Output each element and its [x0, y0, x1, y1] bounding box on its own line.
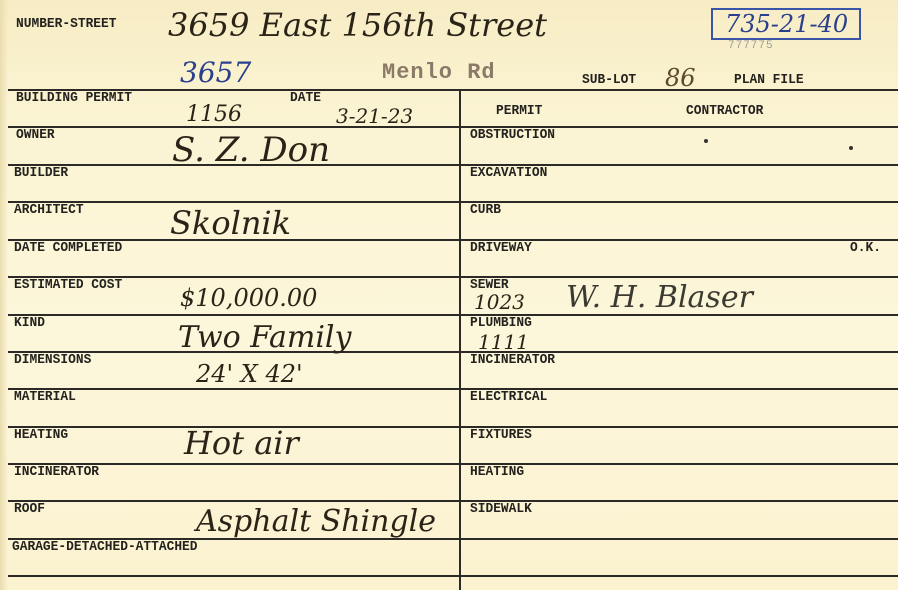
- sewer-permit: 1023: [474, 290, 525, 314]
- rule-line: [8, 314, 898, 316]
- curb-label: CURB: [470, 202, 501, 218]
- permit-card: NUMBER-STREET 3659 East 156th Street 365…: [0, 0, 898, 590]
- number-street-label: NUMBER-STREET: [16, 16, 116, 32]
- contractor-column-header: CONTRACTOR: [686, 103, 763, 119]
- kind-value: Two Family: [178, 320, 351, 355]
- parcel-number: 735-21-40: [725, 10, 848, 38]
- rule-line: [8, 463, 898, 465]
- rule-line: [8, 201, 898, 203]
- sidewalk-label: SIDEWALK: [470, 501, 532, 517]
- number-street-value: 3659 East 156th Street: [168, 6, 547, 44]
- architect-value: Skolnik: [170, 204, 291, 242]
- fixtures-label: FIXTURES: [470, 427, 532, 443]
- column-divider: [459, 89, 461, 590]
- garage-label: GARAGE-DETACHED-ATTACHED: [12, 539, 198, 555]
- roof-value: Asphalt Shingle: [196, 504, 436, 539]
- building-permit-value: 1156: [186, 102, 242, 127]
- excavation-label: EXCAVATION: [470, 165, 547, 181]
- date-value: 3-21-23: [336, 104, 413, 128]
- parcel-number-box: 735-21-40: [711, 8, 861, 40]
- sub-lot-value: 86: [665, 64, 696, 92]
- heating-value: Hot air: [184, 424, 299, 462]
- builder-label: BUILDER: [14, 165, 68, 181]
- right-heating-label: HEATING: [470, 464, 524, 480]
- sewer-contractor: W. H. Blaser: [566, 280, 753, 315]
- permit-column-header: PERMIT: [496, 103, 542, 119]
- sub-lot-label: SUB-LOT: [582, 72, 636, 88]
- building-permit-label: BUILDING PERMIT: [16, 90, 132, 106]
- date-completed-label: DATE COMPLETED: [14, 240, 122, 256]
- architect-label: ARCHITECT: [14, 202, 84, 218]
- owner-value: S. Z. Don: [172, 130, 330, 170]
- rule-line: [8, 500, 898, 502]
- rule-line: [8, 351, 898, 353]
- rule-line: [8, 575, 898, 577]
- faint-note: 777775: [728, 40, 774, 52]
- ink-speck: [704, 139, 708, 143]
- incinerator-label: INCINERATOR: [14, 464, 99, 480]
- stamped-street-name: Menlo Rd: [382, 60, 496, 85]
- owner-label: OWNER: [16, 127, 55, 143]
- kind-label: KIND: [14, 315, 45, 331]
- plan-file-label: PLAN FILE: [734, 72, 804, 88]
- plumbing-label: PLUMBING: [470, 315, 532, 331]
- dimensions-value: 24' X 42': [196, 360, 303, 388]
- card-edge-shadow: [0, 0, 8, 590]
- plumbing-permit: 1111: [478, 330, 529, 354]
- rule-line: [8, 276, 898, 278]
- ink-speck: [849, 146, 853, 150]
- material-label: MATERIAL: [14, 389, 76, 405]
- driveway-contractor: O.K.: [850, 240, 881, 256]
- date-label: DATE: [290, 90, 321, 106]
- right-incinerator-label: INCINERATOR: [470, 352, 555, 368]
- rule-line: [8, 89, 898, 91]
- obstruction-label: OBSTRUCTION: [470, 127, 555, 143]
- rule-line: [8, 388, 898, 390]
- alt-house-number: 3657: [180, 56, 251, 89]
- rule-line: [8, 164, 898, 166]
- driveway-label: DRIVEWAY: [470, 240, 532, 256]
- roof-label: ROOF: [14, 501, 45, 517]
- dimensions-label: DIMENSIONS: [14, 352, 91, 368]
- rule-line: [8, 426, 898, 428]
- rule-line: [8, 126, 898, 128]
- electrical-label: ELECTRICAL: [470, 389, 547, 405]
- heating-label: HEATING: [14, 427, 68, 443]
- rule-line: [8, 239, 898, 241]
- estimated-cost-value: $10,000.00: [180, 284, 317, 312]
- estimated-cost-label: ESTIMATED COST: [14, 277, 122, 293]
